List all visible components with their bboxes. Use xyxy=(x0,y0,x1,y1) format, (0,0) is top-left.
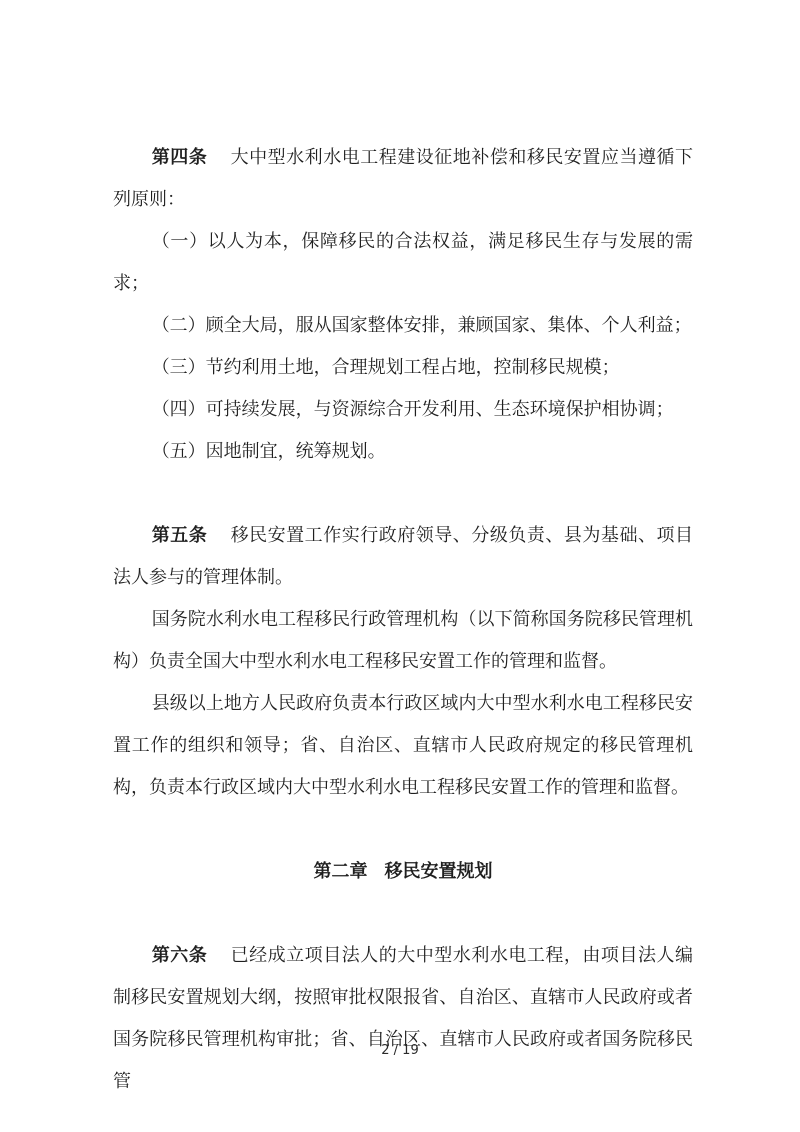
list-item-text: （三）节约利用土地，合理规划工程占地，控制移民规模； xyxy=(152,357,620,377)
list-item-text: （二）顾全大局，服从国家整体安排，兼顾国家、集体、个人利益； xyxy=(152,315,692,335)
list-item-text: （一）以人为本，保障移民的合法权益，满足移民生存与发展的需求； xyxy=(113,231,693,293)
page-footer: 2 / 19 xyxy=(0,1042,800,1060)
list-item-text: （四）可持续发展，与资源综合开发利用、生态环境保护相协调； xyxy=(152,399,674,419)
list-item: （五）因地制宜，统筹规划。 xyxy=(113,430,693,472)
list-item: （二）顾全大局，服从国家整体安排，兼顾国家、集体、个人利益； xyxy=(113,304,693,346)
list-item: （四）可持续发展，与资源综合开发利用、生态环境保护相协调； xyxy=(113,388,693,430)
body-paragraph: 县级以上地方人民政府负责本行政区域内大中型水利水电工程移民安置工作的组织和领导；… xyxy=(113,682,693,808)
article-text: 已经成立项目法人的大中型水利水电工程，由项目法人编制移民安置规划大纲，按照审批权… xyxy=(113,945,693,1091)
list-item-text: （五）因地制宜，统筹规划。 xyxy=(152,441,386,461)
page-number: 2 / 19 xyxy=(381,1043,418,1058)
body-paragraph-text: 国务院水利水电工程移民行政管理机构（以下简称国务院移民管理机构）负责全国大中型水… xyxy=(113,609,693,671)
blank-line xyxy=(113,472,693,514)
chapter-heading: 第二章移民安置规划 xyxy=(113,850,693,892)
chapter-number: 第二章 xyxy=(313,861,367,881)
article-paragraph: 第六条已经成立项目法人的大中型水利水电工程，由项目法人编制移民安置规划大纲，按照… xyxy=(113,934,693,1102)
blank-line xyxy=(113,892,693,934)
document-body: 第四条大中型水利水电工程建设征地补偿和移民安置应当遵循下列原则： （一）以人为本… xyxy=(113,136,693,1102)
article-number: 第五条 xyxy=(152,525,208,545)
document-page: 第四条大中型水利水电工程建设征地补偿和移民安置应当遵循下列原则： （一）以人为本… xyxy=(0,0,800,1132)
article-number: 第四条 xyxy=(152,147,208,167)
list-item: （三）节约利用土地，合理规划工程占地，控制移民规模； xyxy=(113,346,693,388)
article-paragraph: 第四条大中型水利水电工程建设征地补偿和移民安置应当遵循下列原则： xyxy=(113,136,693,220)
body-paragraph: 国务院水利水电工程移民行政管理机构（以下简称国务院移民管理机构）负责全国大中型水… xyxy=(113,598,693,682)
chapter-title: 移民安置规划 xyxy=(385,861,493,881)
article-paragraph: 第五条移民安置工作实行政府领导、分级负责、县为基础、项目法人参与的管理体制。 xyxy=(113,514,693,598)
list-item: （一）以人为本，保障移民的合法权益，满足移民生存与发展的需求； xyxy=(113,220,693,304)
body-paragraph-text: 县级以上地方人民政府负责本行政区域内大中型水利水电工程移民安置工作的组织和领导；… xyxy=(113,693,693,797)
article-number: 第六条 xyxy=(152,945,208,965)
blank-line xyxy=(113,808,693,850)
